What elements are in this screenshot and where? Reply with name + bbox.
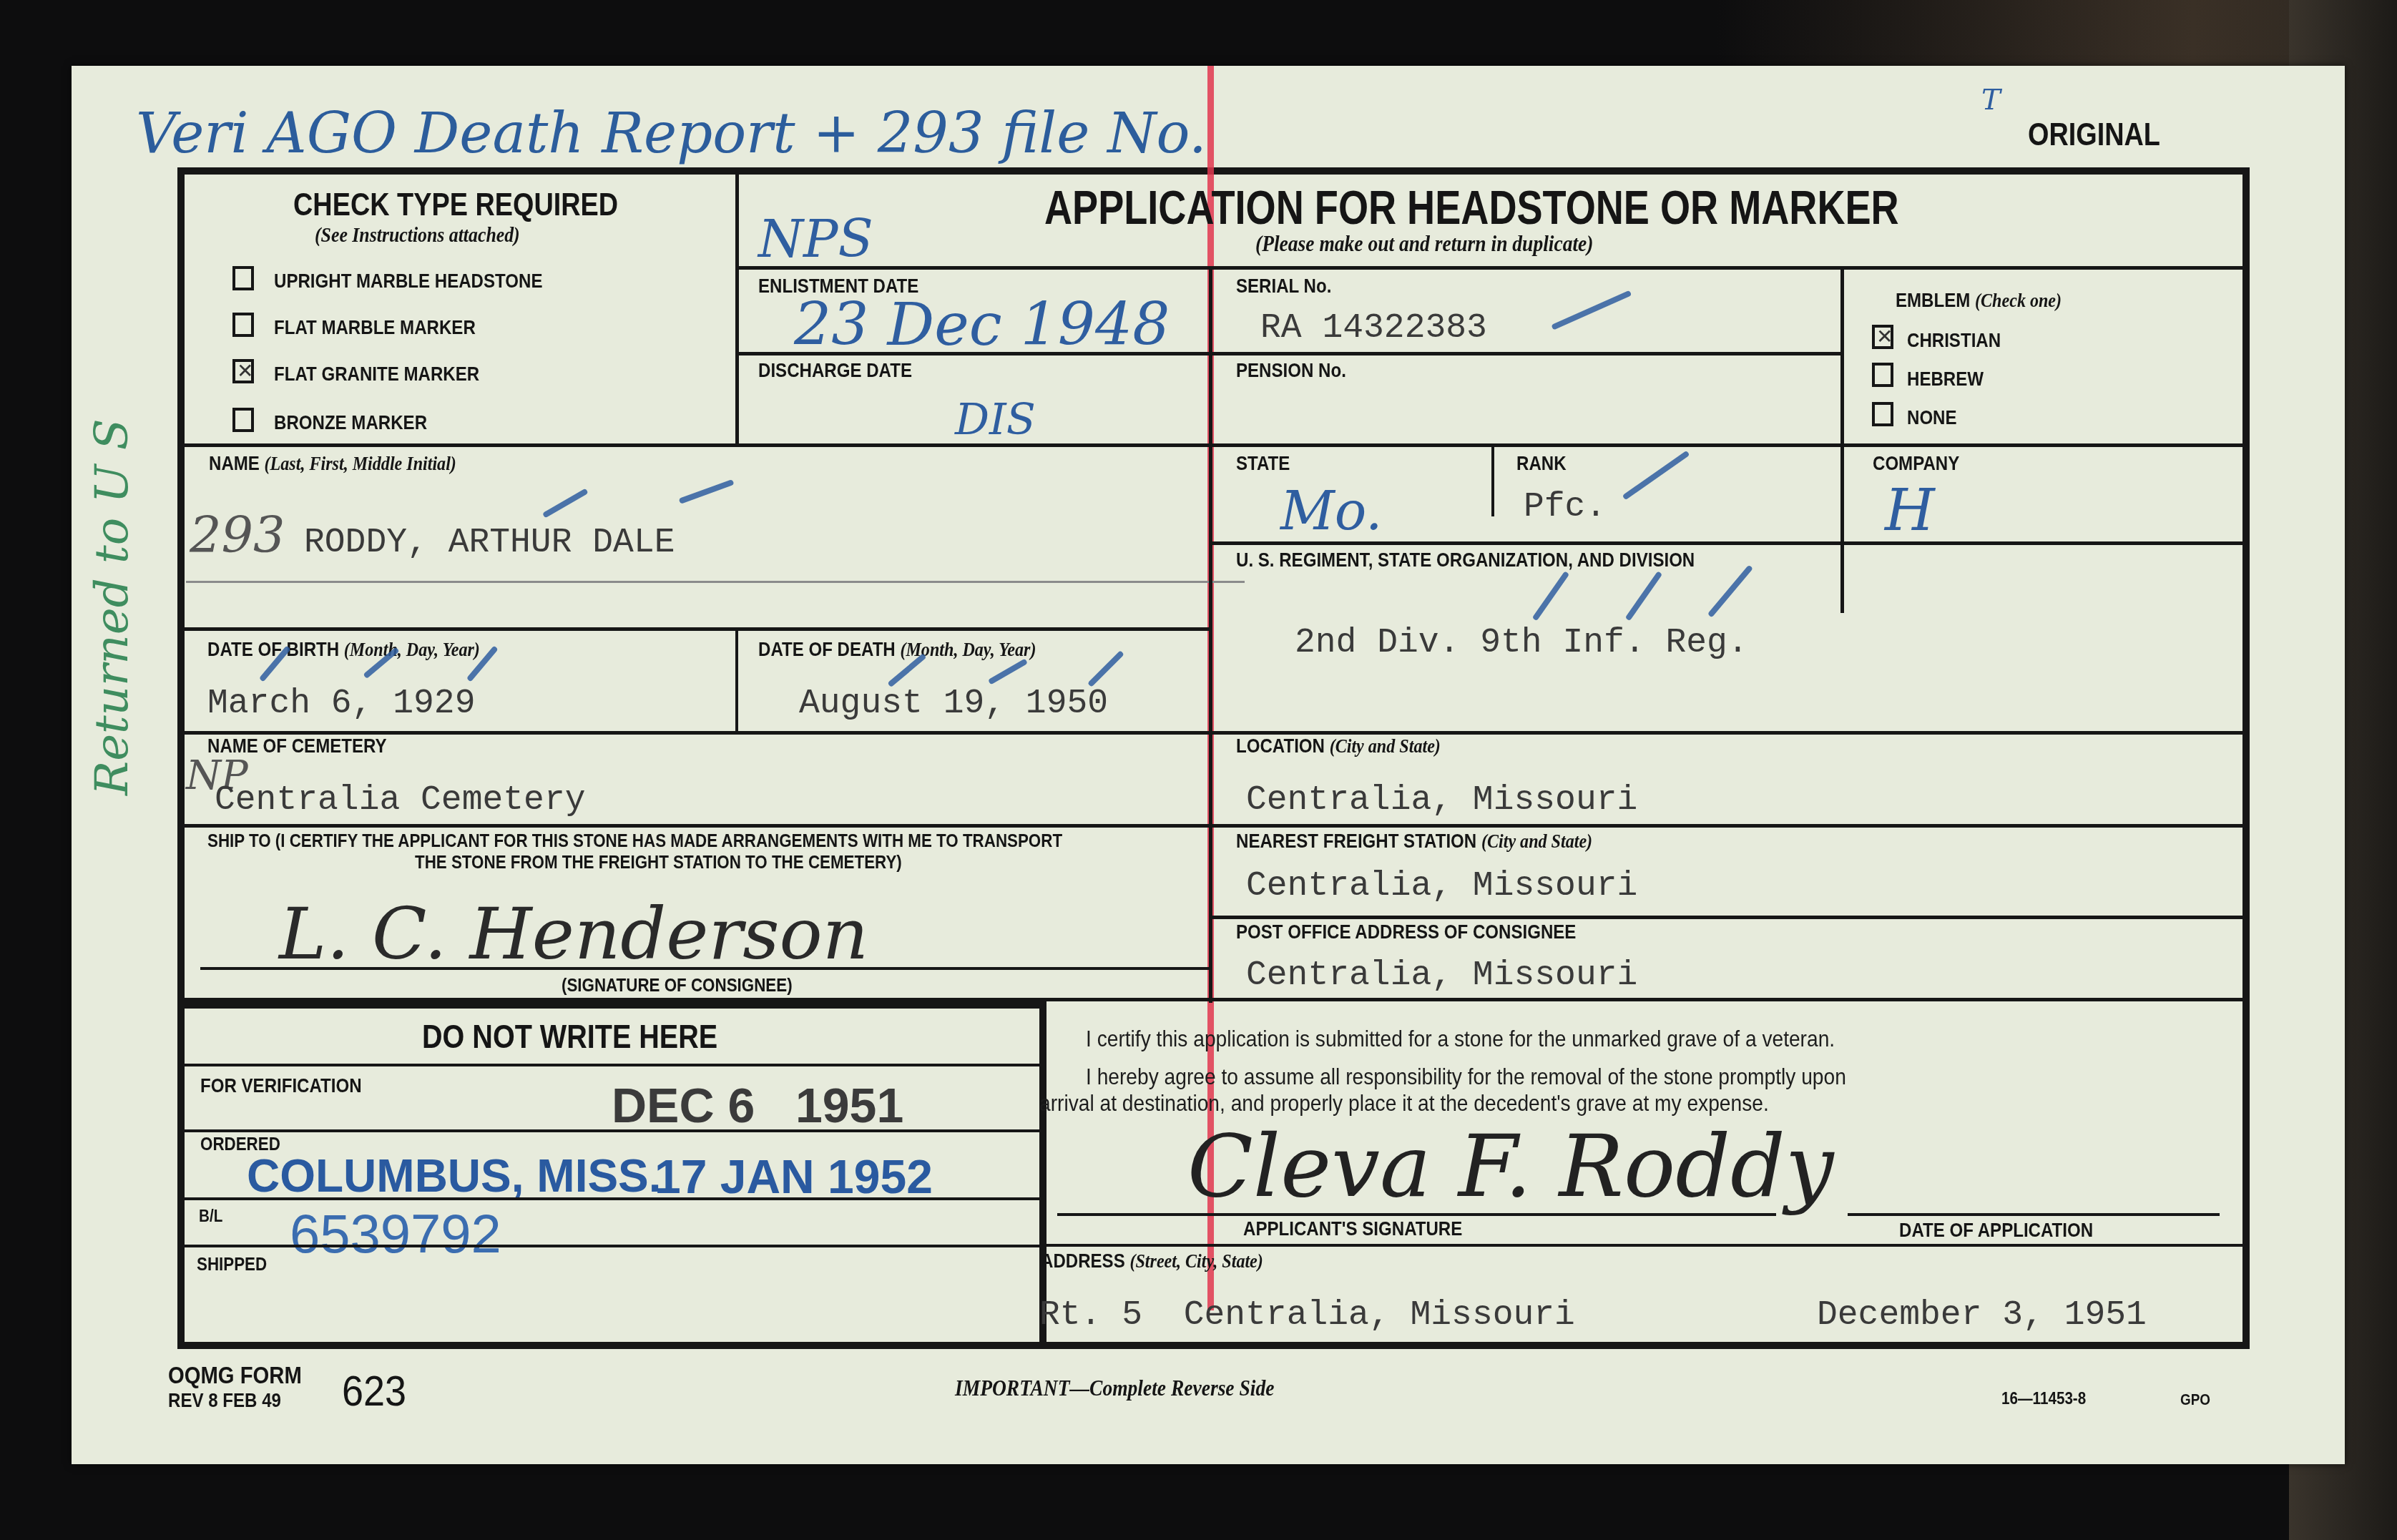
- pension-number-label: PENSION No.: [1236, 359, 1346, 382]
- checkbox-flat-marble-marker[interactable]: [232, 313, 254, 337]
- regiment-label: U. S. REGIMENT, STATE ORGANIZATION, AND …: [1236, 549, 1695, 572]
- check-type-subtitle-text: (See Instructions attached): [315, 223, 520, 247]
- state-label: STATE: [1236, 452, 1290, 475]
- name-label-note: (Last, First, Middle Initial): [265, 453, 456, 475]
- ship-to-label-line1: SHIP TO (I CERTIFY THE APPLICANT FOR THI…: [207, 830, 1062, 852]
- birth-date-label: DATE OF BIRTH (Month, Day, Year): [207, 638, 480, 662]
- pencil-underline: [186, 581, 1245, 583]
- post-office-value: Centralia, Missouri: [1246, 956, 1637, 995]
- bill-of-lading-value: 6539792: [290, 1203, 501, 1265]
- freight-station-label-text: NEAREST FREIGHT STATION: [1236, 830, 1476, 852]
- divider: [185, 1129, 1039, 1132]
- print-code: 16—11453-8: [2001, 1389, 2086, 1409]
- consignee-signature: L. C. Henderson: [279, 892, 868, 976]
- divider: [185, 1197, 1039, 1200]
- checkbox-bronze-marker[interactable]: [232, 408, 254, 432]
- checkbox-christian[interactable]: [1872, 325, 1893, 349]
- ordered-stamp-place: COLUMBUS, MISS.: [247, 1149, 662, 1202]
- applicant-signature: Cleva F. Roddy: [1187, 1117, 1834, 1217]
- divider: [735, 352, 1211, 355]
- emblem-title: EMBLEM (Check one): [1896, 289, 2062, 313]
- location-label-note: (City and State): [1330, 735, 1441, 757]
- divider: [1491, 445, 1494, 516]
- checkbox-flat-granite-marker[interactable]: [232, 359, 254, 383]
- post-office-label: POST OFFICE ADDRESS OF CONSIGNEE: [1236, 921, 1576, 943]
- company-value: H: [1885, 477, 1935, 544]
- handwritten-nps: NPS: [758, 209, 873, 269]
- applicant-signature-label: APPLICANT'S SIGNATURE: [1243, 1217, 1462, 1240]
- handwritten-top-note: Veri AGO Death Report + 293 file No.: [136, 102, 1207, 166]
- divider: [1039, 1244, 2242, 1247]
- headstone-application-card: Veri AGO Death Report + 293 file No. Ret…: [72, 66, 2345, 1464]
- certification-line2: I hereby agree to assume all responsibil…: [1086, 1064, 1846, 1090]
- shipped-label: SHIPPED: [197, 1253, 267, 1275]
- serial-number-label: SERIAL No.: [1236, 275, 1331, 298]
- form-id-line1: OQMG FORM: [168, 1362, 302, 1390]
- birth-date-label-note: (Month, Day, Year): [344, 639, 480, 661]
- address-label: ADDRESS (Street, City, State): [1041, 1250, 1263, 1273]
- freight-station-value: Centralia, Missouri: [1246, 867, 1637, 906]
- address-value: Rt. 5 Centralia, Missouri: [1039, 1296, 1575, 1335]
- form-title: APPLICATION FOR HEADSTONE OR MARKER: [1044, 180, 1899, 235]
- rank-value: Pfc.: [1524, 488, 1606, 526]
- freight-station-label: NEAREST FREIGHT STATION (City and State): [1236, 830, 1592, 853]
- divider: [1840, 270, 1844, 613]
- signature-line: [200, 967, 1209, 970]
- name-value: RODDY, ARTHUR DALE: [304, 524, 675, 562]
- emblem-hebrew: HEBREW: [1907, 368, 1984, 391]
- ship-to-label-line2: THE STONE FROM THE FREIGHT STATION TO TH…: [415, 851, 902, 873]
- address-label-note: (Street, City, State): [1129, 1250, 1263, 1272]
- divider: [1211, 541, 2242, 545]
- divider: [185, 824, 2242, 828]
- original-label: ORIGINAL: [2028, 117, 2160, 153]
- important-note: IMPORTANT—Complete Reverse Side: [955, 1375, 1274, 1401]
- divider: [185, 731, 2242, 735]
- divider: [1209, 270, 1212, 1003]
- certification-line1: I certify this application is submitted …: [1086, 1026, 1835, 1052]
- form-subtitle-text: (Please make out and return in duplicate…: [1255, 230, 1593, 256]
- rank-label: RANK: [1516, 452, 1567, 475]
- checkbox-hebrew[interactable]: [1872, 363, 1893, 387]
- verification-stamp: DEC 6 1951: [612, 1078, 903, 1134]
- birth-date-label-text: DATE OF BIRTH: [207, 638, 339, 660]
- emblem-none: NONE: [1907, 406, 1957, 429]
- consignee-signature-caption: (SIGNATURE OF CONSIGNEE): [562, 974, 793, 996]
- emblem-title-text: EMBLEM: [1896, 289, 1970, 311]
- checkbox-none[interactable]: [1872, 402, 1893, 426]
- discharge-date-label: DISCHARGE DATE: [758, 359, 912, 382]
- death-date-label: DATE OF DEATH (Month, Day, Year): [758, 638, 1036, 662]
- death-date-label-text: DATE OF DEATH: [758, 638, 896, 660]
- location-label: LOCATION (City and State): [1236, 735, 1441, 758]
- divider: [735, 631, 738, 731]
- divider: [1211, 352, 1840, 355]
- divider: [735, 266, 2242, 270]
- date-of-application-value: December 3, 1951: [1817, 1296, 2147, 1335]
- bill-of-lading-label: B/L: [199, 1207, 222, 1227]
- form-number: 623: [342, 1366, 406, 1416]
- divider: [185, 627, 1211, 631]
- cemetery-value: Centralia Cemetery: [215, 781, 585, 820]
- divider: [185, 1245, 1039, 1247]
- handwritten-margin-note: Returned to U S: [86, 418, 139, 795]
- birth-date-value: March 6, 1929: [207, 685, 475, 723]
- ordered-stamp-date: 17 JAN 1952: [655, 1149, 933, 1204]
- important-note-text: IMPORTANT—Complete Reverse Side: [955, 1375, 1274, 1401]
- divider: [735, 173, 739, 445]
- enlistment-date-value: 23 Dec 1948: [794, 291, 1170, 359]
- option-upright-marble-headstone: UPRIGHT MARBLE HEADSTONE: [274, 270, 542, 293]
- emblem-title-note: (Check one): [1975, 290, 2062, 312]
- company-label: COMPANY: [1873, 452, 1959, 475]
- death-date-value: August 19, 1950: [799, 685, 1108, 723]
- serial-number-value: RA 14322383: [1260, 309, 1487, 348]
- freight-station-label-note: (City and State): [1481, 830, 1592, 853]
- address-label-text: ADDRESS: [1041, 1250, 1125, 1272]
- state-value: Mo.: [1280, 481, 1383, 542]
- form-subtitle: (Please make out and return in duplicate…: [1255, 230, 1593, 257]
- verification-label: FOR VERIFICATION: [200, 1074, 362, 1097]
- emblem-christian: CHRISTIAN: [1907, 329, 2001, 352]
- discharge-date-value: DIS: [955, 395, 1036, 445]
- name-label: NAME (Last, First, Middle Initial): [209, 452, 456, 476]
- handwritten-corner-mark: T: [1981, 84, 2001, 117]
- check-type-title: CHECK TYPE REQUIRED: [293, 187, 618, 223]
- location-value: Centralia, Missouri: [1246, 781, 1637, 820]
- option-flat-marble-marker: FLAT MARBLE MARKER: [274, 316, 476, 339]
- date-line: [1848, 1213, 2220, 1216]
- option-bronze-marker: BRONZE MARKER: [274, 411, 427, 434]
- handwritten-file-number: 293: [190, 506, 285, 564]
- printer-mark: GPO: [2180, 1391, 2210, 1409]
- certification-line3: arrival at destination, and properly pla…: [1039, 1090, 1769, 1117]
- checkbox-upright-marble-headstone[interactable]: [232, 266, 254, 290]
- option-flat-granite-marker: FLAT GRANITE MARKER: [274, 363, 479, 386]
- date-of-application-label: DATE OF APPLICATION: [1899, 1219, 2093, 1242]
- signature-line: [1057, 1213, 1776, 1216]
- regiment-value: 2nd Div. 9th Inf. Reg.: [1295, 624, 1748, 662]
- form-id-line2: REV 8 FEB 49: [168, 1389, 281, 1412]
- check-type-subtitle: (See Instructions attached): [315, 223, 520, 247]
- divider: [1211, 916, 2242, 919]
- name-label-text: NAME: [209, 452, 260, 474]
- divider: [185, 1064, 1039, 1066]
- location-label-text: LOCATION: [1236, 735, 1325, 757]
- divider: [1211, 443, 2242, 447]
- office-use-title: DO NOT WRITE HERE: [422, 1017, 717, 1056]
